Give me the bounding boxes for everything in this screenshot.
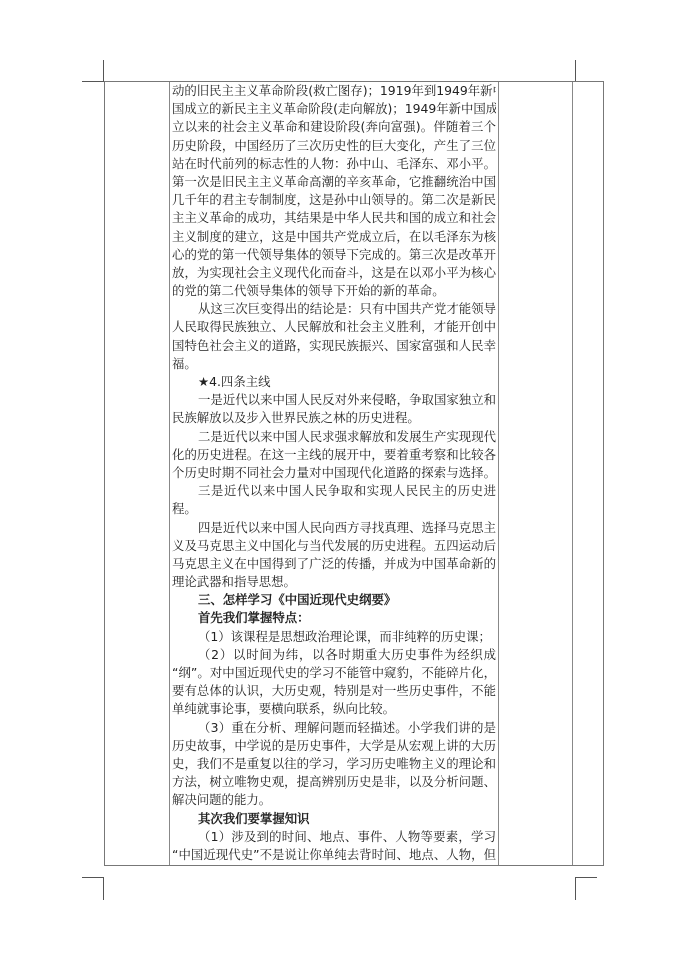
text-line: 一是近代以来中国人民反对外来侵略，争取国家独立和: [172, 391, 496, 409]
text-line: 从这三次巨变得出的结论是：只有中国共产党才能领导: [172, 300, 496, 318]
text-line: （1）涉及到的时间、地点、事件、人物等要素，学习: [172, 828, 496, 846]
corner-mark-top-left-horizontal: [82, 81, 104, 82]
text-line: 第一次是旧民主主义革命高潮的辛亥革命，它推翻统治中国: [172, 173, 496, 191]
text-line: 主主义革命的成功，其结果是中华人民共和国的成立和社会: [172, 209, 496, 227]
text-line: 个历史时期不同社会力量对中国现代化道路的探索与选择。: [172, 464, 496, 482]
text-line: （3）重在分析、理解问题而轻描述。小学我们讲的是: [172, 719, 496, 737]
text-line: 历史阶段，中国经历了三次历史性的巨大变化，产生了三位: [172, 137, 496, 155]
section-heading-line: 三、怎样学习《中国近现代史纲要》: [172, 591, 496, 609]
text-line: 主义制度的建立，这是中国共产党成立后，在以毛泽东为核: [172, 228, 496, 246]
text-line: 四是近代以来中国人民向西方寻找真理、选择马克思主: [172, 519, 496, 537]
text-line: 程。: [172, 500, 496, 518]
text-line: 二是近代以来中国人民求强求解放和发展生产实现现代: [172, 428, 496, 446]
text-line: “纲”。对中国近现代史的学习不能管中窥豹，不能碎片化，: [172, 664, 496, 682]
text-line: 要有总体的认识，大历史观，特别是对一些历史事件，不能: [172, 682, 496, 700]
corner-mark-bottom-left-horizontal: [82, 877, 104, 878]
text-line: “中国近现代史”不是说让你单纯去背时间、地点、人物，但: [172, 846, 496, 864]
text-line: 解决问题的能力。: [172, 791, 496, 809]
text-line: 立以来的社会主义革命和建设阶段(奔向富强)。伴随着三个: [172, 118, 496, 136]
corner-mark-top-right-vertical: [575, 60, 576, 81]
corner-mark-bottom-right-horizontal: [575, 877, 597, 878]
text-line: 民族解放以及步入世界民族之林的历史进程。: [172, 409, 496, 427]
text-line: 的党的第二代领导集体的领导下开始的新的革命。: [172, 282, 496, 300]
section-heading-line: 首先我们掌握特点：: [172, 609, 496, 627]
section-heading-line: 其次我们要掌握知识: [172, 810, 496, 828]
corner-mark-bottom-left-vertical: [103, 877, 104, 900]
column-divider-1: [169, 82, 170, 865]
corner-mark-bottom-right-vertical: [575, 877, 576, 900]
text-line: 化的历史进程。在这一主线的展开中，要着重考察和比较各: [172, 446, 496, 464]
corner-mark-top-left-vertical: [103, 60, 104, 81]
text-line: 国成立的新民主主义革命阶段(走向解放)；1949年新中国成: [172, 100, 496, 118]
lesson-content-cell: 动的旧民主主义革命阶段(救亡图存)；1919年到1949年新中国成立的新民主主义…: [172, 82, 496, 864]
text-line: 方法，树立唯物史观，提高辨别历史是非，以及分析问题、: [172, 773, 496, 791]
text-line: 几千年的君主专制制度，这是孙中山领导的。第二次是新民: [172, 191, 496, 209]
text-line: （2）以时间为纬，以各时期重大历史事件为经织成: [172, 646, 496, 664]
text-line: 义及马克思主义中国化与当代发展的历史进程。五四运动后: [172, 537, 496, 555]
text-line: 心的党的第一代领导集体的领导下完成的。第三次是改革开: [172, 246, 496, 264]
text-line: （1）该课程是思想政治理论课，而非纯粹的历史课；: [172, 628, 496, 646]
text-line: 历史故事，中学说的是历史事件，大学是从宏观上讲的大历: [172, 737, 496, 755]
text-line: 人民取得民族独立、人民解放和社会主义胜利，才能开创中: [172, 318, 496, 336]
text-line: 福。: [172, 355, 496, 373]
text-line: 马克思主义在中国得到了广泛的传播，并成为中国革命新的: [172, 555, 496, 573]
text-line: 理论武器和指导思想。: [172, 573, 496, 591]
text-line: 站在时代前列的标志性的人物：孙中山、毛泽东、邓小平。: [172, 155, 496, 173]
column-divider-3: [572, 82, 573, 865]
text-line: 三是近代以来中国人民争取和实现人民民主的历史进: [172, 482, 496, 500]
text-line: 国特色社会主义的道路，实现民族振兴、国家富强和人民幸: [172, 337, 496, 355]
column-divider-2: [498, 82, 499, 865]
text-line: 动的旧民主主义革命阶段(救亡图存)；1919年到1949年新中: [172, 82, 496, 100]
text-line: ★4.四条主线: [172, 373, 496, 391]
text-line: 单纯就事论事，要横向联系，纵向比较。: [172, 700, 496, 718]
text-line: 放，为实现社会主义现代化而奋斗，这是在以邓小平为核心: [172, 264, 496, 282]
text-line: 史，我们不是重复以往的学习，学习历史唯物主义的理论和: [172, 755, 496, 773]
